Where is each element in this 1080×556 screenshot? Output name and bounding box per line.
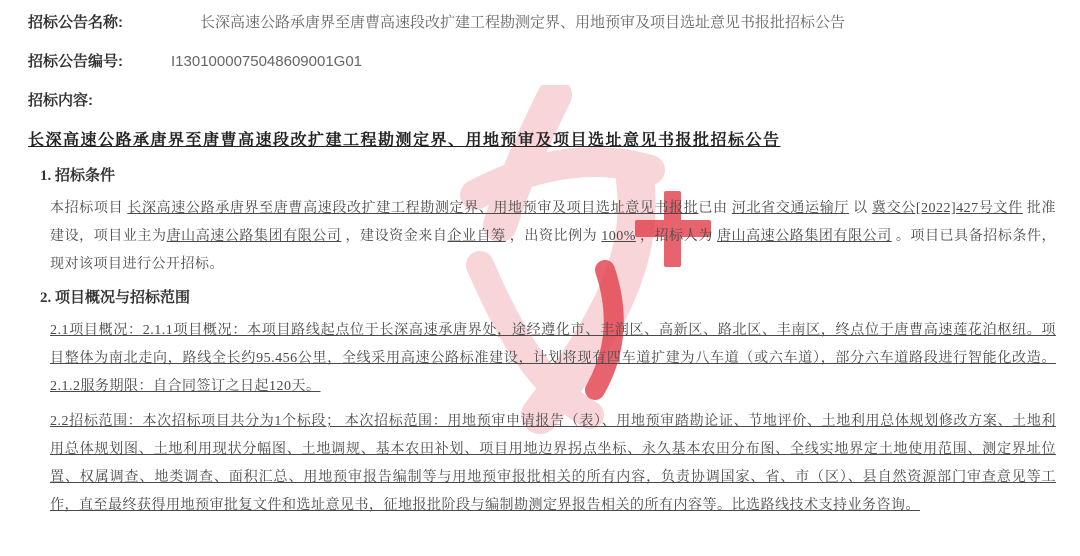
announcement-number-value: I1301000075048609001G01 [171, 51, 362, 73]
form-row-announcement-number: 招标公告编号: I1301000075048609001G01 [28, 51, 1080, 73]
bid-announcement-page: 招标公告名称: 长深高速公路承唐界至唐曹高速段改扩建工程勘测定界、用地预审及项目… [0, 0, 1080, 556]
underlined-tenderer: 唐山高速公路集团有限公司 [717, 229, 892, 244]
form-row-announcement-body-label: 招标内容: [28, 90, 1080, 112]
announcement-body-label: 招标内容: [28, 90, 171, 112]
text-segment: ，招标人为 [636, 229, 717, 244]
text-segment: 已由 [698, 201, 731, 216]
paragraph-project-overview: 2.1项目概况：2.1.1项目概况：本项目路线起点位于长深高速承唐界处，途经遵化… [28, 317, 1056, 401]
underlined-approval-authority: 河北省交通运输厅 [732, 201, 849, 216]
paragraph-bid-scope: 2.2招标范围：本次招标项目共分为1个标段； 本次招标范围：用地预审申请报告（表… [28, 408, 1056, 520]
underlined-project-owner: 唐山高速公路集团有限公司 [167, 229, 342, 244]
paragraph-bid-conditions: 本招标项目 长深高速公路承唐界至唐曹高速段改扩建工程勘测定界、用地预审及项目选址… [28, 195, 1056, 279]
announcement-document: 长深高速公路承唐界至唐曹高速段改扩建工程勘测定界、用地预审及项目选址意见书报批招… [0, 129, 1080, 520]
announcement-number-label: 招标公告编号: [28, 51, 171, 73]
underlined-project-name: 长深高速公路承唐界至唐曹高速段改扩建工程勘测定界、用地预审及项目选址意见书报批 [127, 201, 698, 216]
section-heading-project-overview: 2. 项目概况与招标范围 [28, 287, 1056, 309]
announcement-name-value: 长深高速公路承唐界至唐曹高速段改扩建工程勘测定界、用地预审及项目选址意见书报批招… [200, 12, 845, 34]
text-segment: 本招标项目 [50, 201, 127, 216]
document-title: 长深高速公路承唐界至唐曹高速段改扩建工程勘测定界、用地预审及项目选址意见书报批招… [28, 129, 1056, 153]
underlined-funding-ratio: 100% [601, 229, 636, 244]
announcement-header-form: 招标公告名称: 长深高速公路承唐界至唐曹高速段改扩建工程勘测定界、用地预审及项目… [0, 0, 1080, 112]
announcement-name-label: 招标公告名称: [28, 12, 171, 34]
text-segment: 以 [849, 201, 872, 216]
text-segment: ，建设资金来自 [341, 229, 447, 244]
section-heading-bid-conditions: 1. 招标条件 [28, 165, 1056, 187]
announcement-content: 招标公告名称: 长深高速公路承唐界至唐曹高速段改扩建工程勘测定界、用地预审及项目… [0, 0, 1080, 520]
form-row-announcement-name: 招标公告名称: 长深高速公路承唐界至唐曹高速段改扩建工程勘测定界、用地预审及项目… [28, 12, 1080, 34]
underlined-approval-document: 冀交公[2022]427号文件 [872, 201, 1023, 216]
underlined-funding-source: 企业自筹 [447, 229, 505, 244]
text-segment: ，出资比例为 [506, 229, 602, 244]
